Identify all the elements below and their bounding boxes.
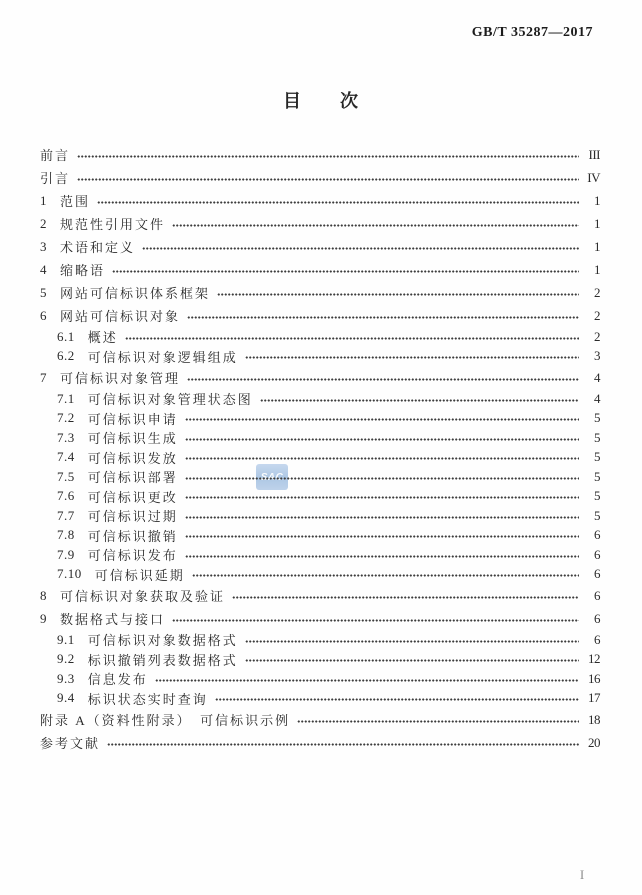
toc-entry: 9 数据格式与接口 6 <box>40 607 600 630</box>
toc-entry-number: 1 <box>40 193 47 209</box>
toc-entry-label: 可信标识对象数据格式 <box>88 630 238 649</box>
dot-leader <box>112 258 579 281</box>
toc-entry-number: 9.4 <box>57 690 75 706</box>
dot-leader <box>245 347 579 367</box>
toc-entry-label: 可信标识部署 <box>88 467 178 486</box>
toc-entry-label: 网站可信标识对象 <box>60 306 180 325</box>
toc-entry-number: 6 <box>40 308 47 324</box>
toc-page-number: 6 <box>584 588 600 604</box>
dot-leader <box>232 584 579 607</box>
document-page: GB/T 35287—2017 目 次 SAC 前言 III 引言 IV 1 范… <box>0 0 642 895</box>
toc-entry: 9.3 信息发布 16 <box>40 669 600 689</box>
footer-page-number: I <box>574 867 590 883</box>
toc-entry-number: 7.1 <box>57 391 75 407</box>
toc-entry: 7 可信标识对象管理 4 <box>40 366 600 389</box>
dot-leader <box>215 689 579 709</box>
toc-entry: 附录 A（资料性附录） 可信标识示例 18 <box>40 708 600 731</box>
toc-page-number: 17 <box>584 690 600 706</box>
toc-page-number: 5 <box>584 410 600 426</box>
toc-entry-label: 可信标识撤销 <box>88 526 178 545</box>
toc-entry-label: 可信标识对象获取及验证 <box>60 586 225 605</box>
toc-page-number: 1 <box>584 262 600 278</box>
dot-leader <box>297 708 579 731</box>
toc-page-number: 4 <box>584 391 600 407</box>
dot-leader <box>185 526 579 546</box>
toc-page-number: 6 <box>584 611 600 627</box>
toc-entry-number: 7 <box>40 370 47 386</box>
toc-entry-number: 6.1 <box>57 329 75 345</box>
toc-page-number: 5 <box>584 430 600 446</box>
toc-entry-label: 可信标识更改 <box>88 487 178 506</box>
dot-leader <box>260 389 579 409</box>
toc-entry: 7.4 可信标识发放 5 <box>40 448 600 468</box>
toc-entry-label: 数据格式与接口 <box>60 609 165 628</box>
toc-entry-label: 参考文献 <box>40 733 100 752</box>
dot-leader <box>185 448 579 468</box>
toc-entry-label: 规范性引用文件 <box>60 214 165 233</box>
toc-page-number: 6 <box>584 527 600 543</box>
toc-entry-number: 9.2 <box>57 651 75 667</box>
toc-entry: 9.4 标识状态实时查询 17 <box>40 689 600 709</box>
dot-leader <box>97 189 579 212</box>
toc-entry-label: 前言 <box>40 145 70 164</box>
toc-entry-number: 7.4 <box>57 449 75 465</box>
toc-entry-label: 可信标识对象逻辑组成 <box>88 347 238 366</box>
toc-page-number: IV <box>584 170 600 186</box>
toc-page-number: 3 <box>584 348 600 364</box>
toc-entry-label: 网站可信标识体系框架 <box>60 283 210 302</box>
toc-entry-label: 信息发布 <box>88 669 148 688</box>
toc-page-number: 1 <box>584 193 600 209</box>
toc-page-number: 1 <box>584 216 600 232</box>
toc-page-number: 18 <box>584 712 600 728</box>
dot-leader <box>77 166 579 189</box>
dot-leader <box>185 506 579 526</box>
toc-entry: 7.3 可信标识生成 5 <box>40 428 600 448</box>
toc-entry-number: 2 <box>40 216 47 232</box>
toc-entry-number: 9 <box>40 611 47 627</box>
toc-page-number: 5 <box>584 488 600 504</box>
toc-entry-label: 引言 <box>40 168 70 187</box>
toc-entry-label: 可信标识申请 <box>88 409 178 428</box>
dot-leader <box>187 304 579 327</box>
toc-page-number: 6 <box>584 547 600 563</box>
toc-entry-label: 可信标识生成 <box>88 428 178 447</box>
page-title: 目 次 <box>0 87 642 113</box>
toc-entry-label: 可信标识对象管理状态图 <box>88 389 253 408</box>
toc-entry-number: 3 <box>40 239 47 255</box>
toc-entry-number: 6.2 <box>57 348 75 364</box>
toc-entry-label: 附录 A（资料性附录） 可信标识示例 <box>40 710 290 729</box>
toc-entry-number: 9.3 <box>57 671 75 687</box>
toc-entry: 7.5 可信标识部署 5 <box>40 467 600 487</box>
dot-leader <box>155 669 579 689</box>
toc-page-number: 5 <box>584 449 600 465</box>
toc-entry: 9.2 标识撤销列表数据格式 12 <box>40 650 600 670</box>
toc-list: 前言 III 引言 IV 1 范围 1 2 规范性引用文件 1 3 术语和定义 … <box>40 143 600 754</box>
dot-leader <box>192 565 579 585</box>
toc-entry-number: 7.6 <box>57 488 75 504</box>
dot-leader <box>245 630 579 650</box>
toc-entry-number: 7.9 <box>57 547 75 563</box>
toc-entry: 7.1 可信标识对象管理状态图 4 <box>40 389 600 409</box>
dot-leader <box>185 545 579 565</box>
toc-entry-number: 7.10 <box>57 566 82 582</box>
dot-leader <box>217 281 579 304</box>
toc-entry-label: 可信标识发布 <box>88 545 178 564</box>
toc-page-number: 16 <box>584 671 600 687</box>
toc-entry: 4 缩略语 1 <box>40 258 600 281</box>
toc-entry-number: 9.1 <box>57 632 75 648</box>
toc-entry-label: 可信标识对象管理 <box>60 368 180 387</box>
toc-entry: 6.1 概述 2 <box>40 327 600 347</box>
toc-entry-number: 7.7 <box>57 508 75 524</box>
toc-entry: 6.2 可信标识对象逻辑组成 3 <box>40 347 600 367</box>
dot-leader <box>185 487 579 507</box>
toc-entry-number: 7.5 <box>57 469 75 485</box>
toc-entry: 参考文献 20 <box>40 731 600 754</box>
dot-leader <box>77 143 579 166</box>
toc-entry-label: 可信标识过期 <box>88 506 178 525</box>
toc-entry: 6 网站可信标识对象 2 <box>40 304 600 327</box>
toc-entry-label: 标识状态实时查询 <box>88 689 208 708</box>
toc-page-number: 4 <box>584 370 600 386</box>
toc-entry: 7.10 可信标识延期 6 <box>40 565 600 585</box>
toc-entry-number: 7.2 <box>57 410 75 426</box>
dot-leader <box>107 731 579 754</box>
dot-leader <box>187 366 579 389</box>
dot-leader <box>142 235 579 258</box>
toc-entry-number: 4 <box>40 262 47 278</box>
toc-entry: 5 网站可信标识体系框架 2 <box>40 281 600 304</box>
dot-leader <box>185 467 579 487</box>
toc-entry-label: 概述 <box>88 327 118 346</box>
toc-entry-label: 可信标识发放 <box>88 448 178 467</box>
toc-entry: 7.2 可信标识申请 5 <box>40 409 600 429</box>
toc-entry: 2 规范性引用文件 1 <box>40 212 600 235</box>
toc-page-number: 5 <box>584 469 600 485</box>
toc-entry-label: 缩略语 <box>60 260 105 279</box>
toc-entry-label: 术语和定义 <box>60 237 135 256</box>
dot-leader <box>172 212 579 235</box>
toc-entry: 9.1 可信标识对象数据格式 6 <box>40 630 600 650</box>
dot-leader <box>245 650 579 670</box>
toc-page-number: 20 <box>584 735 600 751</box>
toc-entry: 3 术语和定义 1 <box>40 235 600 258</box>
toc-entry: 8 可信标识对象获取及验证 6 <box>40 584 600 607</box>
toc-entry: 引言 IV <box>40 166 600 189</box>
toc-entry-number: 5 <box>40 285 47 301</box>
toc-page-number: 2 <box>584 329 600 345</box>
toc-page-number: 2 <box>584 285 600 301</box>
dot-leader <box>185 428 579 448</box>
dot-leader <box>185 409 579 429</box>
dot-leader <box>125 327 579 347</box>
dot-leader <box>172 607 579 630</box>
toc-page-number: 6 <box>584 632 600 648</box>
toc-entry-number: 7.8 <box>57 527 75 543</box>
toc-entry: 7.6 可信标识更改 5 <box>40 487 600 507</box>
toc-entry-label: 范围 <box>60 191 90 210</box>
toc-page-number: 6 <box>584 566 600 582</box>
toc-entry: 1 范围 1 <box>40 189 600 212</box>
toc-entry-number: 8 <box>40 588 47 604</box>
toc-entry: 7.9 可信标识发布 6 <box>40 545 600 565</box>
toc-entry: 7.8 可信标识撤销 6 <box>40 526 600 546</box>
standard-number: GB/T 35287—2017 <box>472 25 593 41</box>
toc-page-number: 2 <box>584 308 600 324</box>
toc-entry-number: 7.3 <box>57 430 75 446</box>
toc-page-number: III <box>584 147 600 163</box>
toc-entry-label: 可信标识延期 <box>95 565 185 584</box>
toc-entry-label: 标识撤销列表数据格式 <box>88 650 238 669</box>
toc-entry: 7.7 可信标识过期 5 <box>40 506 600 526</box>
toc-page-number: 12 <box>584 651 600 667</box>
toc-entry: 前言 III <box>40 143 600 166</box>
toc-page-number: 1 <box>584 239 600 255</box>
toc-page-number: 5 <box>584 508 600 524</box>
